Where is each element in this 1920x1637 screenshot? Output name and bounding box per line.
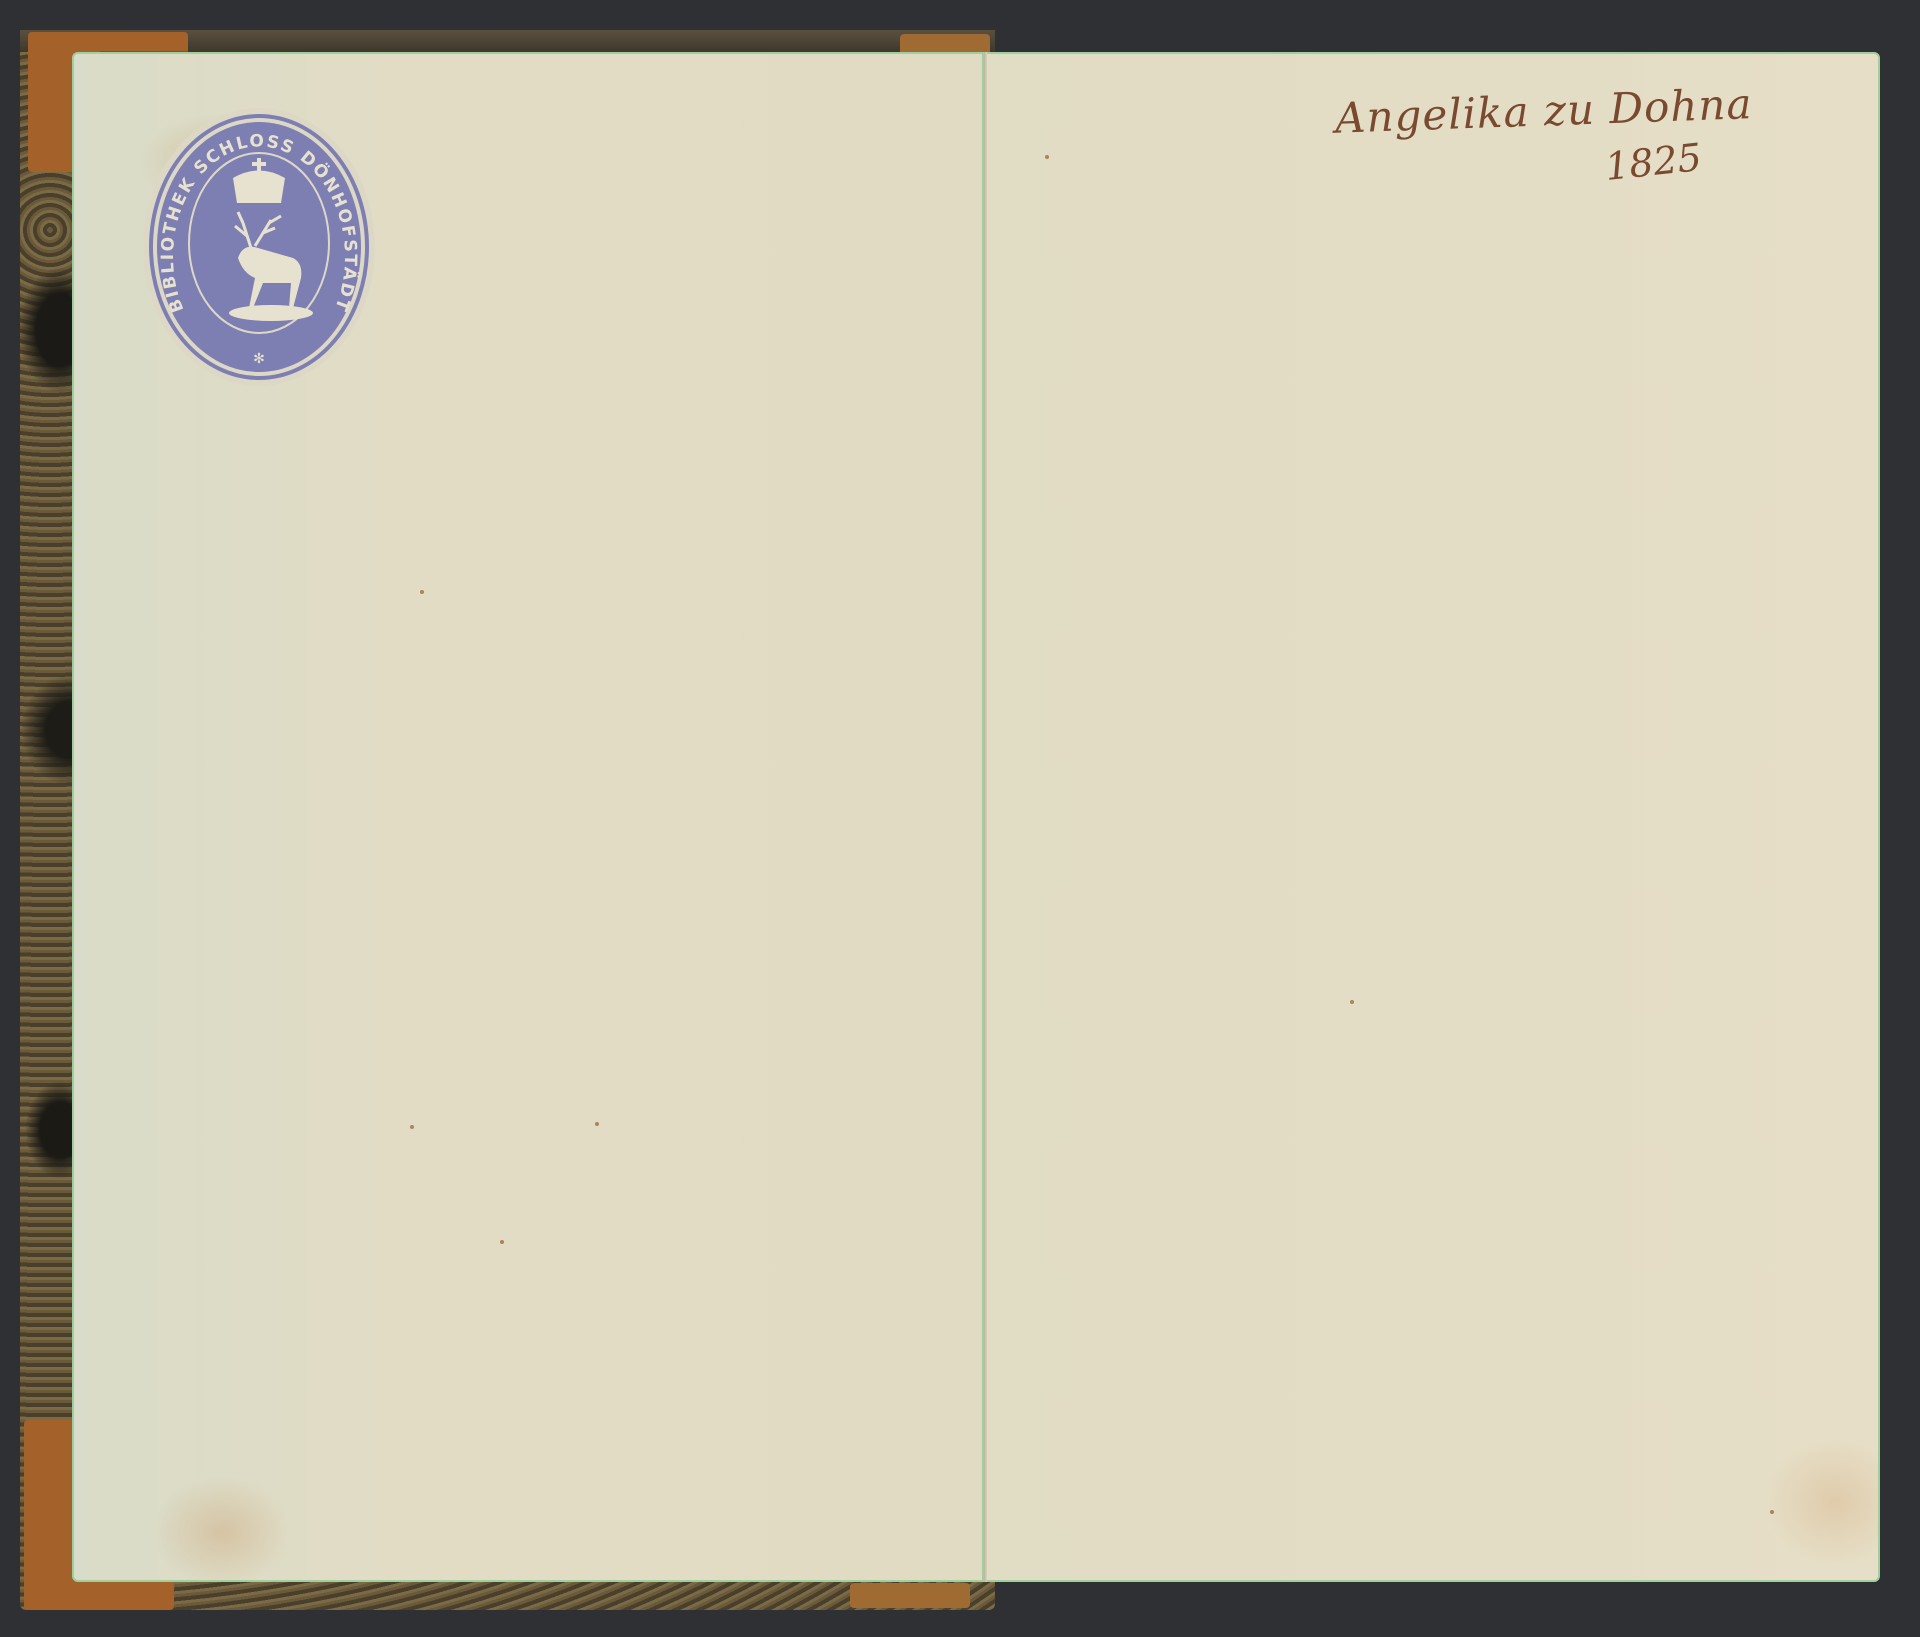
leather-spine-bottom — [850, 1583, 970, 1608]
foxing-speck — [500, 1240, 504, 1244]
stamp-emblem-icon: BIBLIOTHEK SCHLOSS DÖNHOFSTÄDT ✻ — [143, 108, 375, 386]
foxing-speck — [595, 1122, 599, 1126]
foxing-speck — [420, 590, 424, 594]
library-stamp: BIBLIOTHEK SCHLOSS DÖNHOFSTÄDT ✻ — [143, 108, 375, 386]
book-gutter — [984, 52, 987, 1582]
foxing-speck — [1350, 1000, 1354, 1004]
foxing-speck — [1045, 155, 1049, 159]
foxing-speck — [1770, 1510, 1774, 1514]
svg-text:✻: ✻ — [253, 351, 265, 367]
foxing-speck — [410, 1125, 414, 1129]
flyleaf-right-page — [985, 52, 1880, 1582]
